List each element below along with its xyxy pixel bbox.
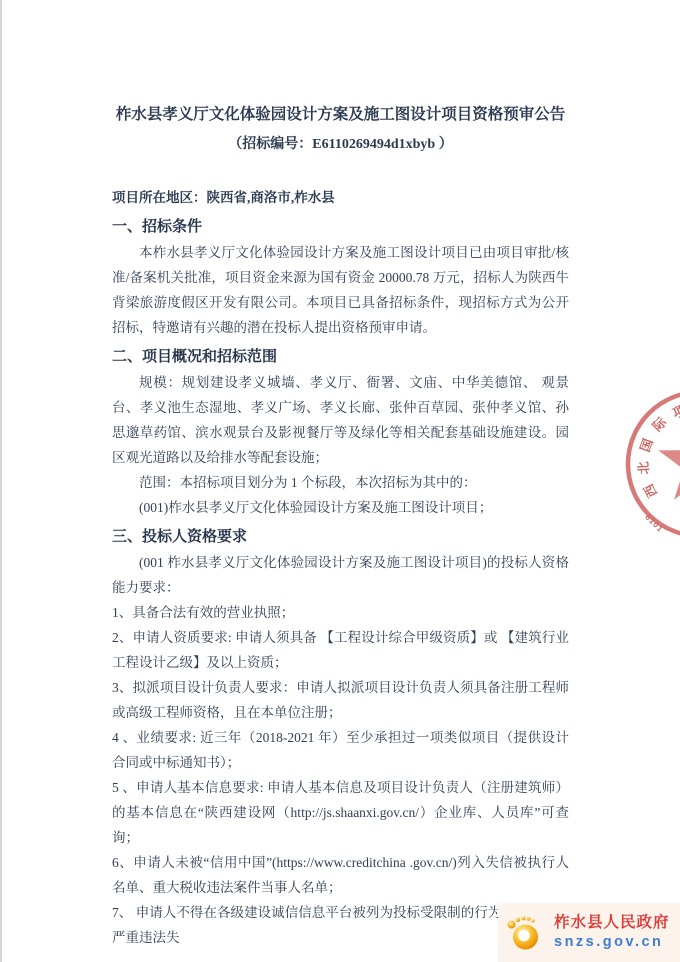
- section2-range-line: 范围：本招标项目划分为 1 个标段，本次招标为其中的：: [112, 470, 569, 495]
- svg-text:北: 北: [636, 461, 652, 475]
- svg-text:西: 西: [641, 481, 660, 500]
- svg-text:国: 国: [637, 436, 656, 453]
- seal-star-icon: [658, 420, 680, 500]
- svg-text:项: 项: [670, 402, 680, 421]
- document-title: 柞水县孝义厅文化体验园设计方案及施工图设计项目资格预审公告: [112, 104, 569, 126]
- section2-scale-paragraph: 规模：规划建设孝义城墙、孝义厅、衙署、文庙、中华美德馆、 观景台、孝义池生态湿地…: [112, 370, 569, 470]
- section3-heading: 三、投标人资格要求: [112, 524, 569, 550]
- project-location-line: 项目所在地区：陕西省,商洛市,柞水县: [112, 185, 569, 210]
- scanned-document-page: 柞水县孝义厅文化体验园设计方案及施工图设计项目资格预审公告 （招标编号：E611…: [0, 0, 680, 962]
- tender-number-line: （招标编号：E6110269494d1xbyb ）: [112, 132, 569, 157]
- svg-text:际: 际: [649, 414, 670, 434]
- svg-text:6101: 6101: [643, 513, 665, 535]
- qualification-item-1: 1、具备合法有效的营业执照；: [112, 600, 569, 625]
- document-content: 柞水县孝义厅文化体验园设计方案及施工图设计项目资格预审公告 （招标编号：E611…: [112, 104, 569, 950]
- footer-logo: 柞水县人民政府 snzs.gov.cn: [498, 903, 680, 962]
- qualification-item-5: 5 、申请人基本信息要求: 申请人基本信息及项目设计负责人（注册建筑师）的基本信…: [112, 775, 569, 850]
- scan-edge-line: [0, 0, 2, 962]
- section1-body: 本柞水县孝义厅文化体验园设计方案及施工图设计项目已由项目审批/核准/备案机关批准…: [112, 240, 569, 340]
- footer-logo-text: 柞水县人民政府 snzs.gov.cn: [554, 914, 670, 950]
- footer-site-url: snzs.gov.cn: [554, 934, 670, 951]
- section1-heading: 一、招标条件: [112, 214, 569, 240]
- qualification-item-3: 3、拟派项目设计负责人要求：申请人拟派项目设计负责人须具备注册工程师或高级工程师…: [112, 675, 569, 725]
- section3-intro-line: (001 柞水县孝义厅文化体验园设计方案及施工图设计项目)的投标人资格能力要求：: [112, 550, 569, 600]
- qualification-item-6: 6、申请人未被“信用中国”(https://www.creditchina .g…: [112, 850, 569, 900]
- qualification-item-2: 2、申请人资质要求: 申请人须具备 【工程设计综合甲级资质】或 【建筑行业工程设…: [112, 625, 569, 675]
- qualification-item-4: 4 、业绩要求: 近三年（2018-2021 年）至少承担过一项类似项目（提供设…: [112, 725, 569, 775]
- footer-org-name: 柞水县人民政府: [554, 914, 670, 932]
- section2-lot-line: (001)柞水县孝义厅文化体验园设计方案及施工图设计项目；: [112, 495, 569, 520]
- footprint-icon: [505, 913, 545, 953]
- section2-heading: 二、项目概况和招标范围: [112, 344, 569, 370]
